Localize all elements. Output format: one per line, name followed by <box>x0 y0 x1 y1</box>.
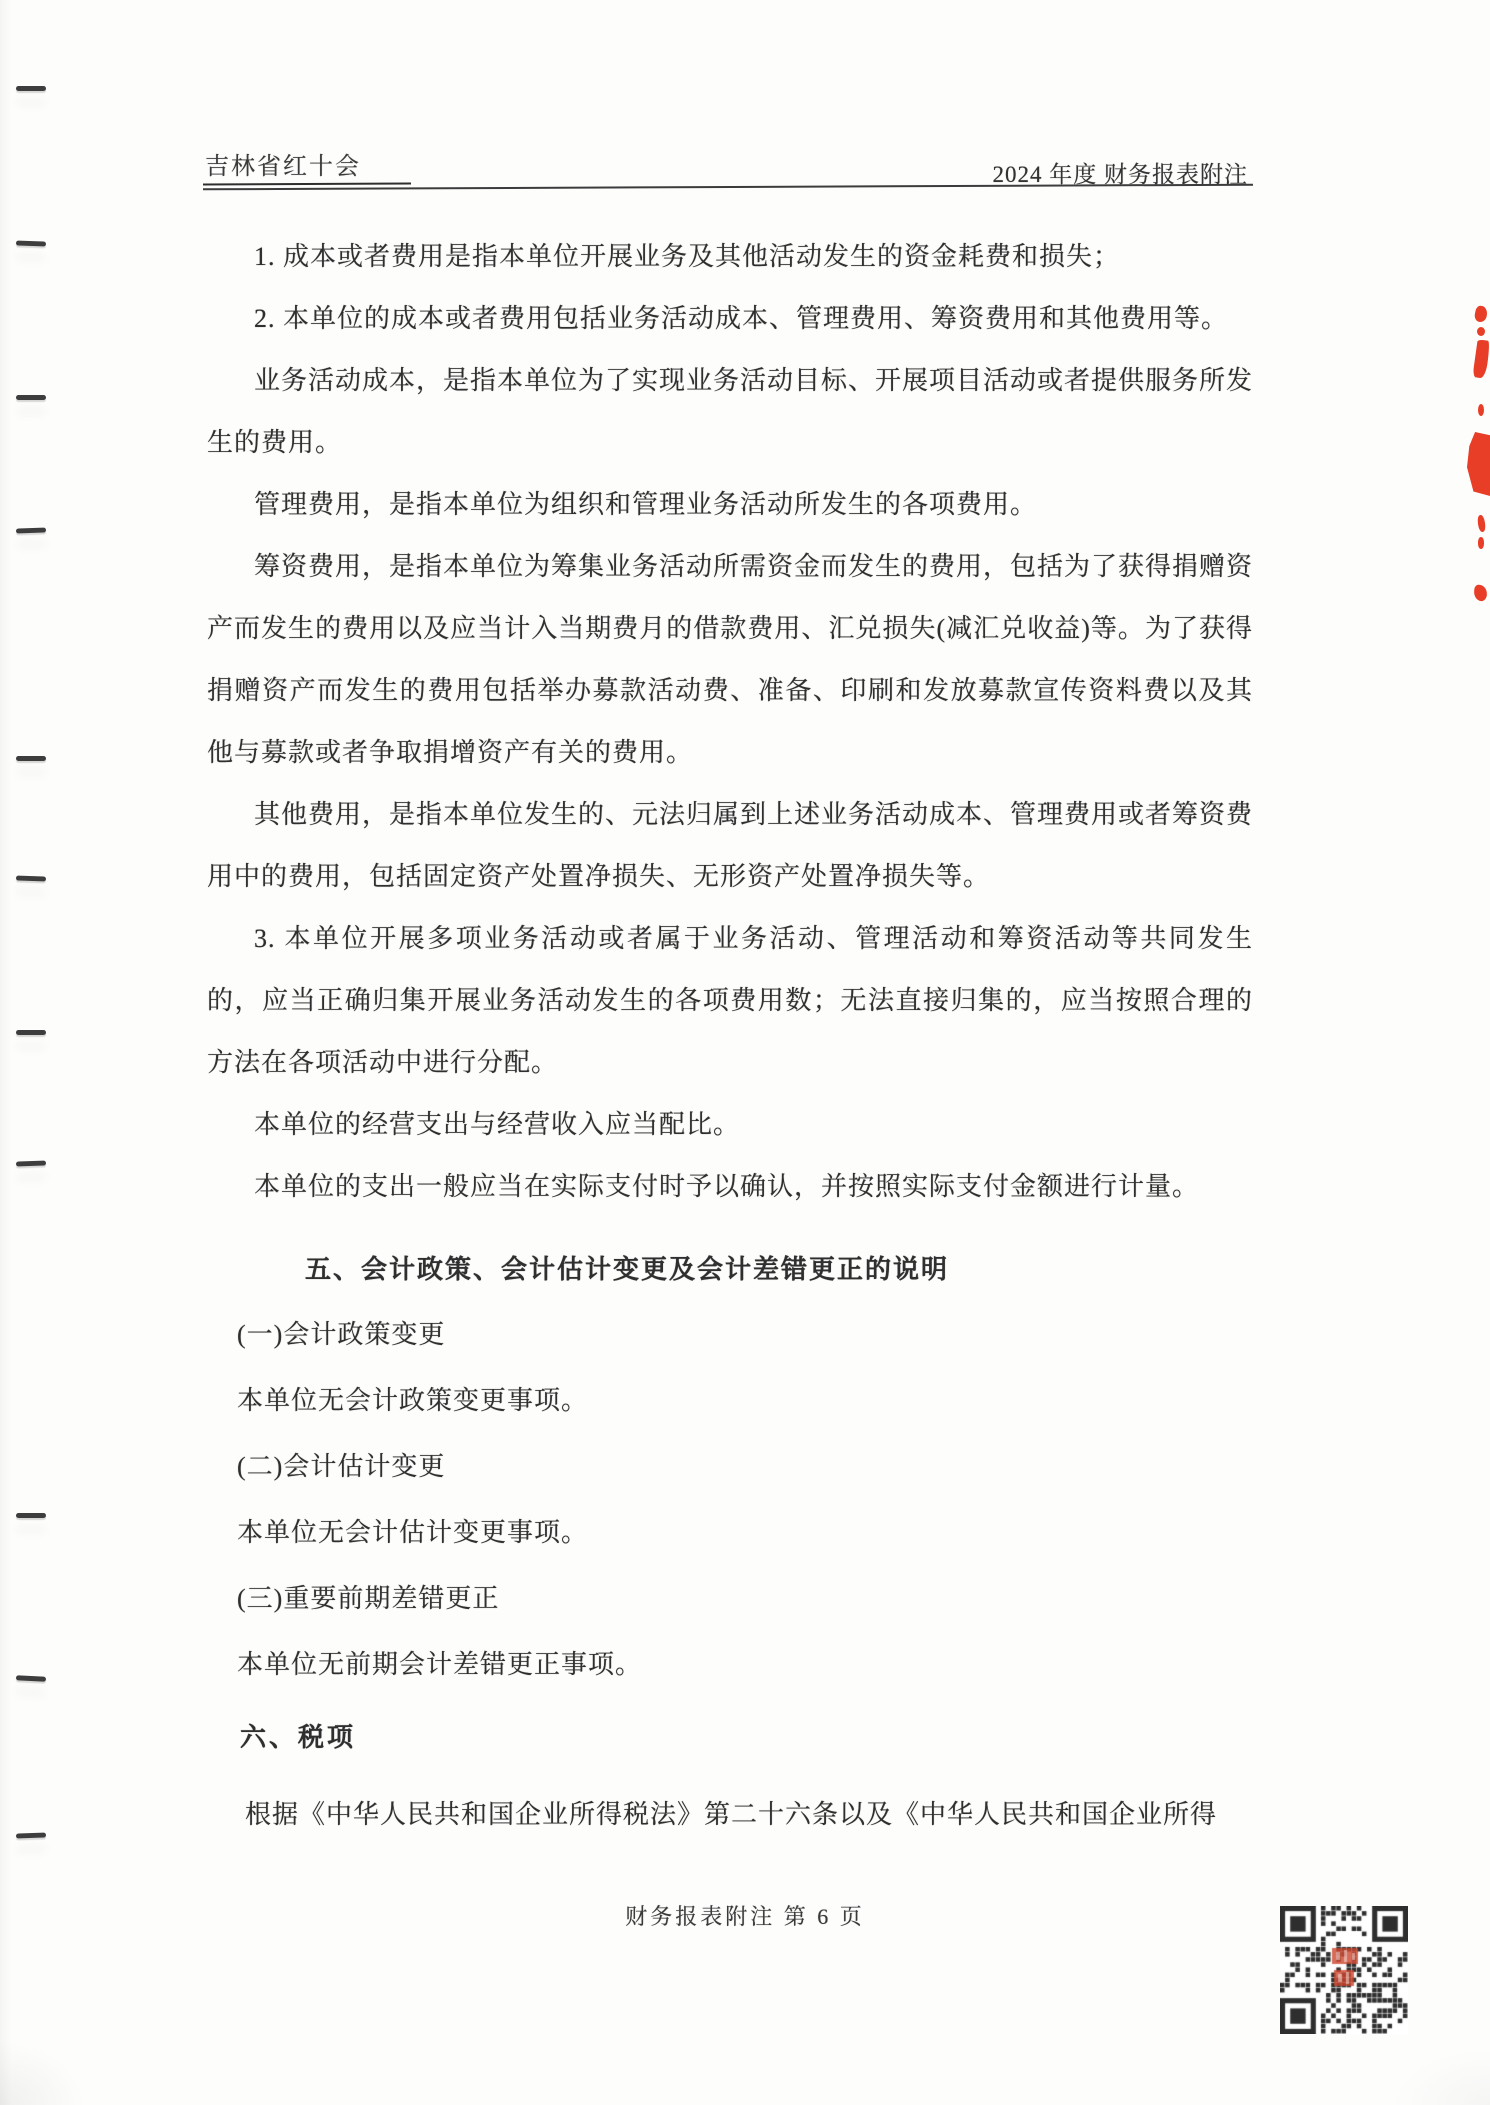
stamp-fragment <box>1478 404 1484 416</box>
subsection-label: (三)重要前期差错更正 <box>207 1568 1253 1630</box>
paragraph: 3. 本单位开展多项业务活动或者属于业务活动、管理活动和筹资活动等共同发生的，应… <box>207 908 1253 1094</box>
stamp-fragment <box>1473 305 1488 323</box>
binding-mark <box>16 86 46 91</box>
binding-mark <box>16 395 46 400</box>
paragraph: 其他费用，是指本单位发生的、元法归属到上述业务活动成本、管理费用或者筹资费用中的… <box>207 784 1253 908</box>
binding-mark <box>16 1160 46 1166</box>
stamp-fragment <box>1477 327 1485 336</box>
paragraph: 本单位无前期会计差错更正事项。 <box>207 1634 1253 1696</box>
paragraph: 本单位的经营支出与经营收入应当配比。 <box>207 1094 1253 1156</box>
paragraph: 本单位无会计政策变更事项。 <box>207 1370 1253 1432</box>
paragraph: 管理费用，是指本单位为组织和管理业务活动所发生的各项费用。 <box>207 474 1253 536</box>
binding-mark <box>16 1675 46 1682</box>
header-underline-left <box>203 182 411 185</box>
binding-mark <box>16 756 46 761</box>
stamp-fragment <box>1473 584 1488 601</box>
binding-mark <box>16 1513 46 1518</box>
header-organization: 吉林省红十会 <box>205 146 361 181</box>
binding-mark <box>16 527 46 533</box>
footer-page-number: 财务报表附注 第 6 页 <box>0 1900 1490 1931</box>
paragraph: 1. 成本或者费用是指本单位开展业务及其他活动发生的资金耗费和损失； <box>207 226 1253 288</box>
paragraph: 本单位的支出一般应当在实际支付时予以确认，并按照实际支付金额进行计量。 <box>207 1156 1253 1218</box>
paragraph: 业务活动成本，是指本单位为了实现业务活动目标、开展项目活动或者提供服务所发生的费… <box>207 350 1253 474</box>
scanned-document-page: 吉林省红十会 2024 年度 财务报表附注 1. 成本或者费用是指本单位开展业务… <box>0 0 1490 2105</box>
stamp-fragment <box>1467 432 1490 496</box>
stamp-fragment <box>1477 515 1486 533</box>
paragraph: 根据《中华人民共和国企业所得税法》第二十六条以及《中华人民共和国企业所得 <box>207 1784 1253 1846</box>
paragraph: 筹资费用，是指本单位为筹集业务活动所需资金而发生的费用，包括为了获得捐赠资产而发… <box>207 536 1253 784</box>
binding-mark <box>16 240 46 246</box>
document-body: 1. 成本或者费用是指本单位开展业务及其他活动发生的资金耗费和损失； 2. 本单… <box>207 226 1253 1846</box>
binding-mark <box>16 1832 46 1838</box>
qr-code <box>1280 1906 1408 2034</box>
subsection-label: (一)会计政策变更 <box>207 1304 1253 1366</box>
subsection-label: (二)会计估计变更 <box>207 1436 1253 1498</box>
binding-mark <box>16 875 46 881</box>
paragraph: 2. 本单位的成本或者费用包括业务活动成本、管理费用、筹资费用和其他费用等。 <box>207 288 1253 350</box>
stamp-fragment <box>1478 537 1484 549</box>
stamp-fragment <box>1472 339 1490 378</box>
section-heading-6: 六、税项 <box>207 1706 1253 1768</box>
paragraph: 本单位无会计估计变更事项。 <box>207 1502 1253 1564</box>
section-heading-5: 五、会计政策、会计估计变更及会计差错更正的说明 <box>207 1238 1253 1300</box>
binding-mark <box>16 1030 46 1035</box>
